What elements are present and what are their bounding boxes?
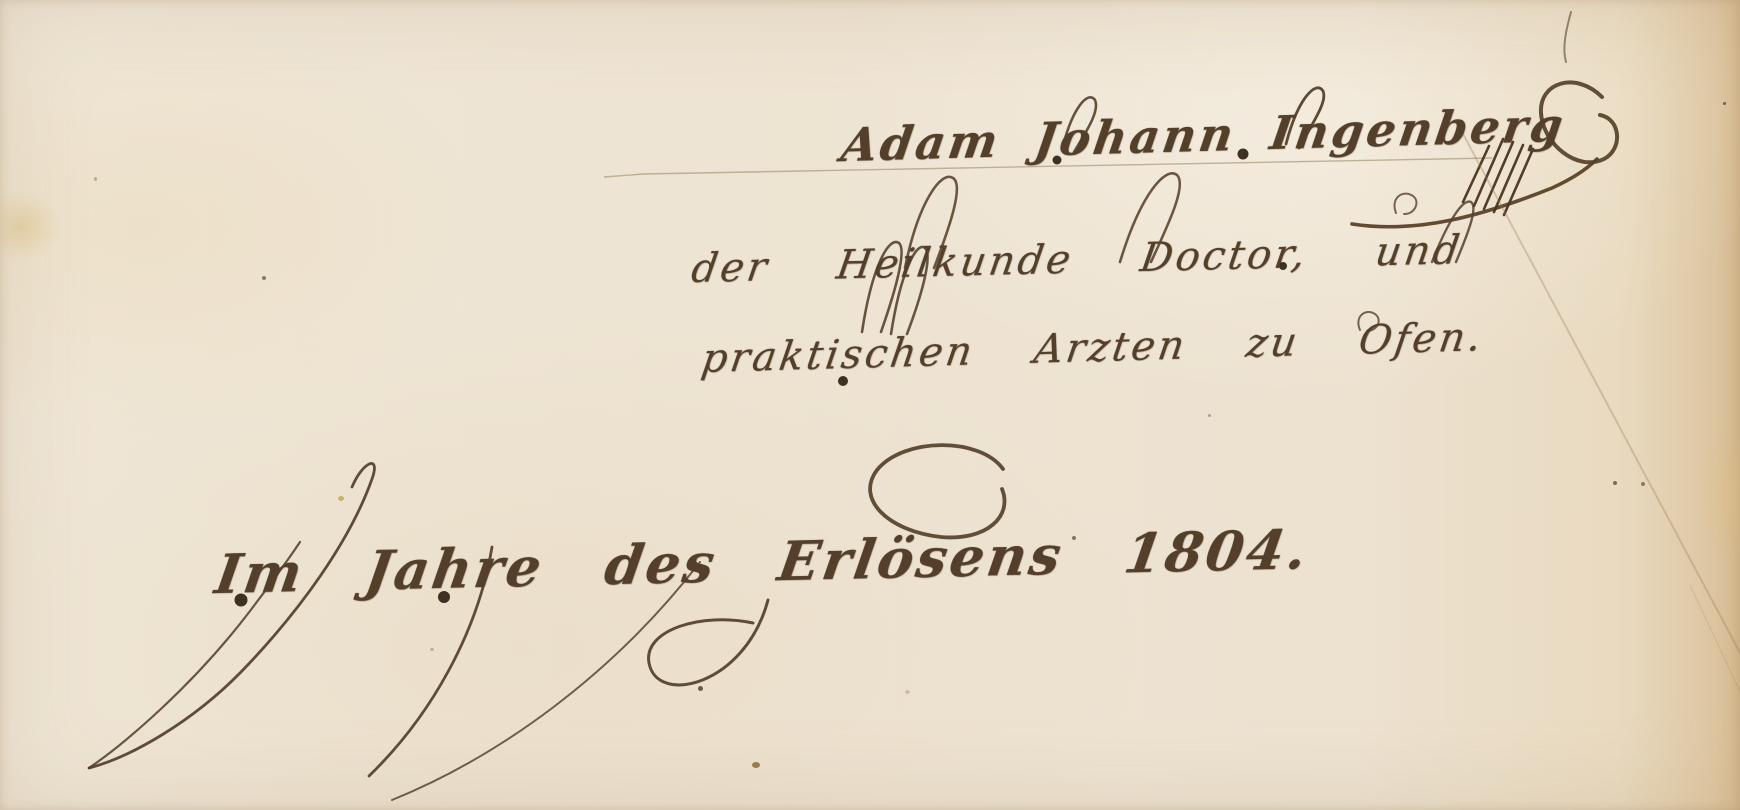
pen-mark: [1564, 12, 1571, 62]
foxing-stain: [0, 192, 60, 262]
inscription-line-4: Im Jahre des Erlösens 1804.: [211, 517, 1314, 606]
foxing-speck: [430, 648, 434, 651]
underline-flourish: [1352, 159, 1597, 227]
foxing-speck: [1208, 414, 1211, 417]
inscription-line-2: der Heilkunde Doctor, und: [689, 227, 1466, 292]
foxing-speck: [338, 496, 344, 501]
foxing-speck: [262, 276, 266, 280]
foxing-speck: [698, 686, 703, 691]
foxing-speck: [905, 690, 910, 694]
u-curl-mark: [1394, 194, 1416, 214]
foxing-speck: [94, 177, 97, 181]
descender-flourish: [89, 463, 374, 768]
foxing-speck: [1072, 536, 1076, 540]
foxing-speck: [752, 762, 760, 768]
inscription-line-1: Adam Johann Ingenberg: [838, 98, 1569, 172]
foxing-speck: [1723, 102, 1726, 105]
foxing-speck: [1613, 481, 1617, 485]
foxing-stain: [1702, 420, 1740, 570]
crease-line: [1690, 585, 1740, 700]
foxing-speck: [1641, 482, 1645, 486]
crease-line: [1462, 132, 1740, 662]
inscription-line-3: praktischen Arzten zu Ofen.: [699, 314, 1488, 382]
manuscript-page: Adam Johann Ingenberg der Heilkunde Doct…: [0, 0, 1740, 810]
descender-loop: [649, 600, 768, 685]
